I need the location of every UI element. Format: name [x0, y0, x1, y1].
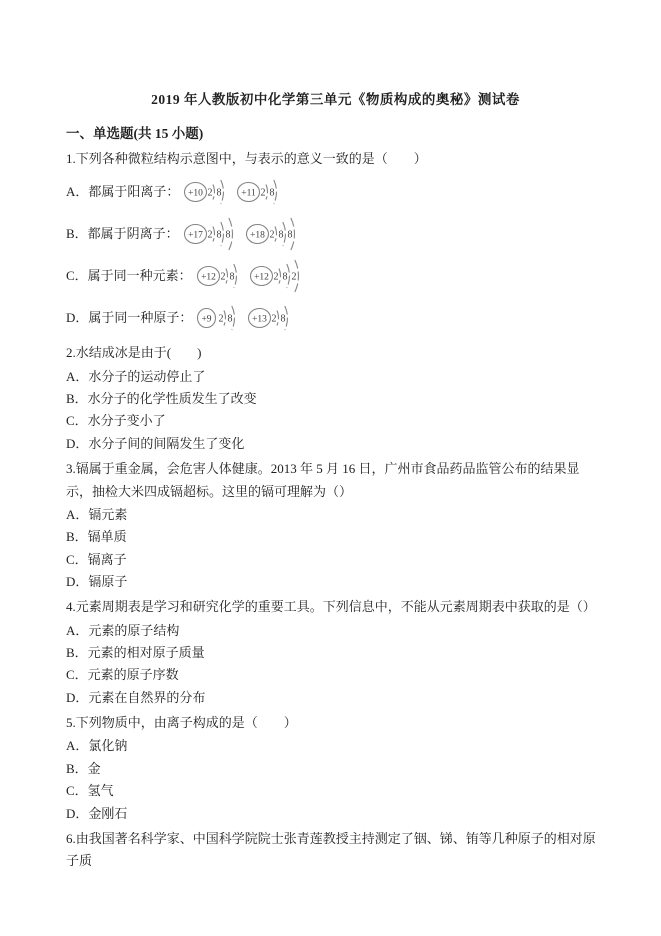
svg-text:8: 8 [217, 188, 222, 199]
options-list: A．都属于阳离子： +1028+1128 B．都属于阴离子： +17288+18… [66, 171, 605, 339]
svg-text:2: 2 [208, 188, 213, 199]
option-row: D．金刚石 [66, 803, 605, 825]
option-row: A．镉元素 [66, 504, 605, 526]
option-row: B．水分子的化学性质发生了改变 [66, 388, 605, 410]
option-row: C．氢气 [66, 780, 605, 802]
svg-text:+12: +12 [254, 273, 269, 283]
option-row: A．元素的原子结构 [66, 620, 605, 642]
option-row: D．元素在自然界的分布 [66, 687, 605, 709]
option-text: A．都属于阳离子： [66, 181, 179, 203]
atom-structure-diagram: +18288 [245, 213, 302, 255]
option-text: D．镉原子 [66, 574, 127, 589]
option-text: B．元素的相对原子质量 [66, 645, 205, 660]
section-heading: 一、单选题(共 15 小题) [66, 122, 605, 142]
atom-structure-diagram: +12282 [249, 255, 306, 297]
svg-text:2: 2 [272, 314, 277, 325]
option-text: A．氯化钠 [66, 738, 127, 753]
option-row: A．水分子的运动停止了 [66, 366, 605, 388]
option-text: B．水分子的化学性质发生了改变 [66, 391, 257, 406]
question-block: 4.元素周期表是学习和研究化学的重要工具。下列信息中，不能从元素周期表中获取的是… [66, 596, 605, 709]
particle-diagrams: +17288+18288 [183, 213, 307, 255]
option-text: C．属于同一种元素： [66, 265, 192, 287]
svg-text:8: 8 [281, 314, 286, 325]
option-text: C．镉离子 [66, 552, 127, 567]
option-text: B．金 [66, 761, 101, 776]
option-text: D．水分子间的间隔发生了变化 [66, 436, 244, 451]
svg-text:2: 2 [291, 272, 296, 283]
option-text: A．水分子的运动停止了 [66, 369, 205, 384]
test-paper-page: 2019 年人教版初中化学第三单元《物质构成的奥秘》测试卷 一、单选题(共 15… [0, 0, 661, 936]
svg-text:+12: +12 [201, 273, 216, 283]
option-row: C．镉离子 [66, 549, 605, 571]
svg-text:2: 2 [207, 230, 212, 241]
atom-structure-diagram: +1028 [183, 171, 231, 213]
svg-text:+17: +17 [188, 231, 203, 241]
question-block: 1.下列各种微粒结构示意图中，与表示的意义一致的是（ ） A．都属于阳离子： +… [66, 148, 605, 339]
particle-diagrams: +928+1328 [196, 297, 300, 339]
option-row: D．水分子间的间隔发生了变化 [66, 433, 605, 455]
options-list: A．元素的原子结构 B．元素的相对原子质量 C．元素的原子序数 D．元素在自然界… [66, 620, 605, 709]
svg-text:+11: +11 [242, 189, 257, 199]
option-row: B．金 [66, 758, 605, 780]
page-title: 2019 年人教版初中化学第三单元《物质构成的奥秘》测试卷 [66, 88, 605, 108]
svg-text:8: 8 [270, 188, 275, 199]
svg-text:+10: +10 [188, 189, 203, 199]
option-row: D．属于同一种原子： +928+1328 [66, 297, 605, 339]
option-text: C．水分子变小了 [66, 413, 166, 428]
svg-text:2: 2 [261, 188, 266, 199]
svg-text:2: 2 [269, 230, 274, 241]
svg-text:+18: +18 [250, 231, 265, 241]
option-row: C．水分子变小了 [66, 410, 605, 432]
option-row: B．镉单质 [66, 526, 605, 548]
question-stem: 2.水结成冰是由于( ) [66, 342, 605, 364]
question-stem: 1.下列各种微粒结构示意图中，与表示的意义一致的是（ ） [66, 148, 605, 170]
question-block: 6.由我国著名科学家、中国科学院院士张青莲教授主持测定了铟、锑、铕等几种原子的相… [66, 828, 605, 873]
option-row: B．元素的相对原子质量 [66, 642, 605, 664]
atom-structure-diagram: +928 [196, 297, 242, 339]
option-text: A．元素的原子结构 [66, 623, 179, 638]
atom-structure-diagram: +1328 [247, 297, 295, 339]
questions-container: 1.下列各种微粒结构示意图中，与表示的意义一致的是（ ） A．都属于阳离子： +… [66, 148, 605, 873]
svg-text:8: 8 [225, 230, 230, 241]
atom-structure-diagram: +1128 [236, 171, 284, 213]
option-row: C．属于同一种元素： +1228+12282 [66, 255, 605, 297]
svg-text:+13: +13 [252, 315, 267, 325]
atom-structure-diagram: +17288 [183, 213, 240, 255]
svg-text:2: 2 [219, 314, 224, 325]
options-list: A．氯化钠 B．金 C．氢气 D．金刚石 [66, 735, 605, 824]
svg-text:8: 8 [278, 230, 283, 241]
svg-text:+9: +9 [202, 315, 212, 325]
option-text: D．属于同一种原子： [66, 307, 192, 329]
question-stem: 3.镉属于重金属，会危害人体健康。2013 年 5 月 16 日，广州市食品药品… [66, 458, 605, 503]
option-text: A．镉元素 [66, 507, 127, 522]
svg-text:8: 8 [228, 314, 233, 325]
option-row: C．元素的原子序数 [66, 664, 605, 686]
svg-text:2: 2 [273, 272, 278, 283]
option-text: D．金刚石 [66, 806, 127, 821]
particle-diagrams: +1028+1128 [183, 171, 289, 213]
atom-structure-diagram: +1228 [196, 255, 244, 297]
option-text: B．镉单质 [66, 529, 127, 544]
option-text: B．都属于阴离子： [66, 223, 179, 245]
options-list: A．水分子的运动停止了 B．水分子的化学性质发生了改变 C．水分子变小了 D．水… [66, 366, 605, 455]
question-stem: 6.由我国著名科学家、中国科学院院士张青莲教授主持测定了铟、锑、铕等几种原子的相… [66, 828, 605, 873]
option-text: C．元素的原子序数 [66, 667, 179, 682]
question-block: 2.水结成冰是由于( ) A．水分子的运动停止了 B．水分子的化学性质发生了改变… [66, 342, 605, 455]
svg-text:8: 8 [229, 272, 234, 283]
question-stem: 5.下列物质中，由离子构成的是（ ） [66, 712, 605, 734]
svg-text:8: 8 [287, 230, 292, 241]
option-row: A．都属于阳离子： +1028+1128 [66, 171, 605, 213]
question-block: 5.下列物质中，由离子构成的是（ ） A．氯化钠 B．金 C．氢气 D．金刚石 [66, 712, 605, 825]
particle-diagrams: +1228+12282 [196, 255, 311, 297]
option-row: D．镉原子 [66, 571, 605, 593]
question-block: 3.镉属于重金属，会危害人体健康。2013 年 5 月 16 日，广州市食品药品… [66, 458, 605, 593]
option-text: D．元素在自然界的分布 [66, 690, 205, 705]
option-row: B．都属于阴离子： +17288+18288 [66, 213, 605, 255]
option-row: A．氯化钠 [66, 735, 605, 757]
svg-text:8: 8 [282, 272, 287, 283]
question-stem: 4.元素周期表是学习和研究化学的重要工具。下列信息中，不能从元素周期表中获取的是… [66, 596, 605, 618]
svg-text:8: 8 [216, 230, 221, 241]
option-text: C．氢气 [66, 783, 114, 798]
svg-text:2: 2 [220, 272, 225, 283]
options-list: A．镉元素 B．镉单质 C．镉离子 D．镉原子 [66, 504, 605, 593]
